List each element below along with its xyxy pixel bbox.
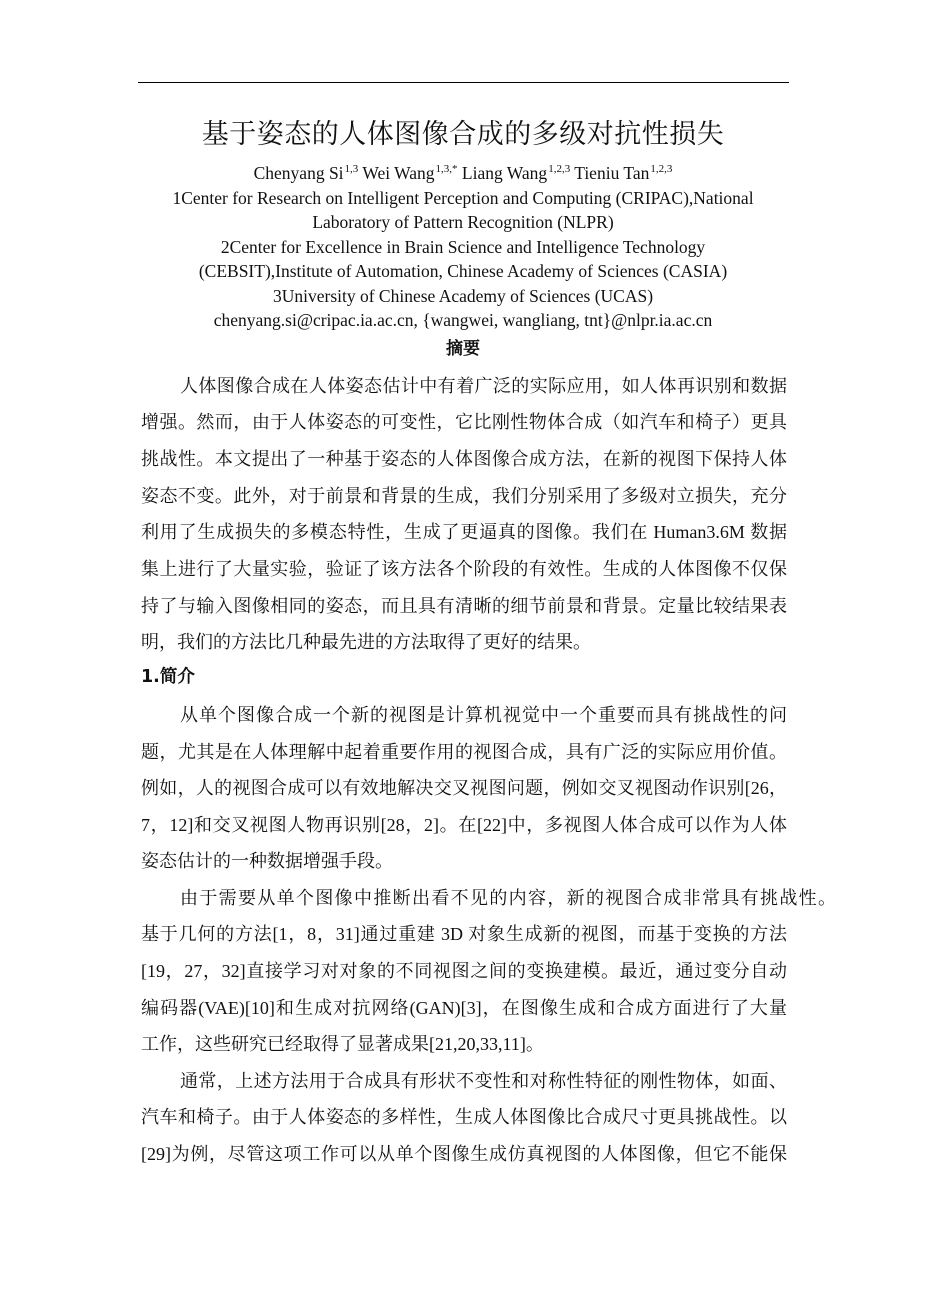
paragraph-line: 工作，这些研究已经取得了显著成果[21,20,33,11]。: [141, 1032, 787, 1056]
paragraph-line: 从单个图像合成一个新的视图是计算机视觉中一个重要而具有挑战性的问: [180, 703, 787, 727]
author-name: Chenyang Si: [254, 163, 344, 183]
paragraph-line: [29]为例，尽管这项工作可以从单个图像生成仿真视图的人体图像，但它不能保: [141, 1142, 787, 1166]
abstract-line: 人体图像合成在人体姿态估计中有着广泛的实际应用，如人体再识别和数据: [180, 374, 787, 398]
author-list: Chenyang Si1,3 Wei Wang1,3,* Liang Wang1…: [0, 162, 926, 187]
paragraph-line: 题，尤其是在人体理解中起着重要作用的视图合成，具有广泛的实际应用价值。: [141, 740, 787, 764]
paragraph-line: 7，12]和交叉视图人物再识别[28，2]。在[22]中，多视图人体合成可以作为…: [141, 813, 787, 837]
section-heading-introduction: 1.简介: [141, 665, 195, 689]
abstract-line: 利用了生成损失的多模态特性，生成了更逼真的图像。我们在 Human3.6M 数据: [141, 520, 787, 544]
abstract-line: 挑战性。本文提出了一种基于姿态的人体图像合成方法，在新的视图下保持人体: [141, 447, 787, 471]
abstract-line: 明，我们的方法比几种最先进的方法取得了更好的结果。: [141, 630, 787, 654]
paragraph-line: 编码器(VAE)[10]和生成对抗网络(GAN)[3]，在图像生成和合成方面进行…: [141, 996, 787, 1020]
author-affiliation-marker: 1,2,3: [548, 163, 570, 175]
affiliation-1-line-2: Laboratory of Pattern Recognition (NLPR): [0, 211, 926, 233]
paper-title: 基于姿态的人体图像合成的多级对抗性损失: [0, 117, 926, 153]
abstract-line: 持了与输入图像相同的姿态，而且具有清晰的细节前景和背景。定量比较结果表: [141, 594, 787, 618]
paragraph-line: 通常，上述方法用于合成具有形状不变性和对称性特征的刚性物体，如面、: [180, 1069, 787, 1093]
author-affiliation-marker: 1,3: [345, 163, 359, 175]
abstract-line: 集上进行了大量实验，验证了该方法各个阶段的有效性。生成的人体图像不仅保: [141, 557, 787, 581]
abstract-line: 增强。然而，由于人体姿态的可变性，它比刚性物体合成（如汽车和椅子）更具: [141, 410, 787, 434]
paragraph-line: 姿态估计的一种数据增强手段。: [141, 849, 787, 873]
document-page: 基于姿态的人体图像合成的多级对抗性损失 Chenyang Si1,3 Wei W…: [0, 0, 926, 1309]
affiliation-1-line-1: 1Center for Research on Intelligent Perc…: [0, 187, 926, 209]
author-name: Tieniu Tan: [574, 163, 649, 183]
affiliation-3: 3University of Chinese Academy of Scienc…: [0, 285, 926, 307]
author-emails: chenyang.si@cripac.ia.ac.cn, {wangwei, w…: [0, 309, 926, 331]
author-name: Liang Wang: [462, 163, 547, 183]
affiliation-2-line-2: (CEBSIT),Institute of Automation, Chines…: [0, 260, 926, 282]
paragraph-line: 汽车和椅子。由于人体姿态的多样性，生成人体图像比合成尺寸更具挑战性。以: [141, 1105, 787, 1129]
paragraph-line: 基于几何的方法[1，8，31]通过重建 3D 对象生成新的视图，而基于变换的方法: [141, 922, 787, 946]
abstract-heading: 摘要: [0, 338, 926, 360]
author-affiliation-marker: 1,3,*: [436, 163, 458, 175]
author-affiliation-marker: 1,2,3: [650, 163, 672, 175]
paragraph-line: 例如，人的视图合成可以有效地解决交叉视图问题，例如交叉视图动作识别[26，: [141, 776, 787, 800]
header-rule: [138, 82, 789, 83]
affiliation-2-line-1: 2Center for Excellence in Brain Science …: [0, 236, 926, 258]
abstract-line: 姿态不变。此外，对于前景和背景的生成，我们分别采用了多级对立损失，充分: [141, 484, 787, 508]
author-name: Wei Wang: [362, 163, 434, 183]
paragraph-line: [19，27，32]直接学习对对象的不同视图之间的变换建模。最近，通过变分自动: [141, 959, 787, 983]
paragraph-line: 由于需要从单个图像中推断出看不见的内容，新的视图合成非常具有挑战性。: [180, 886, 836, 910]
